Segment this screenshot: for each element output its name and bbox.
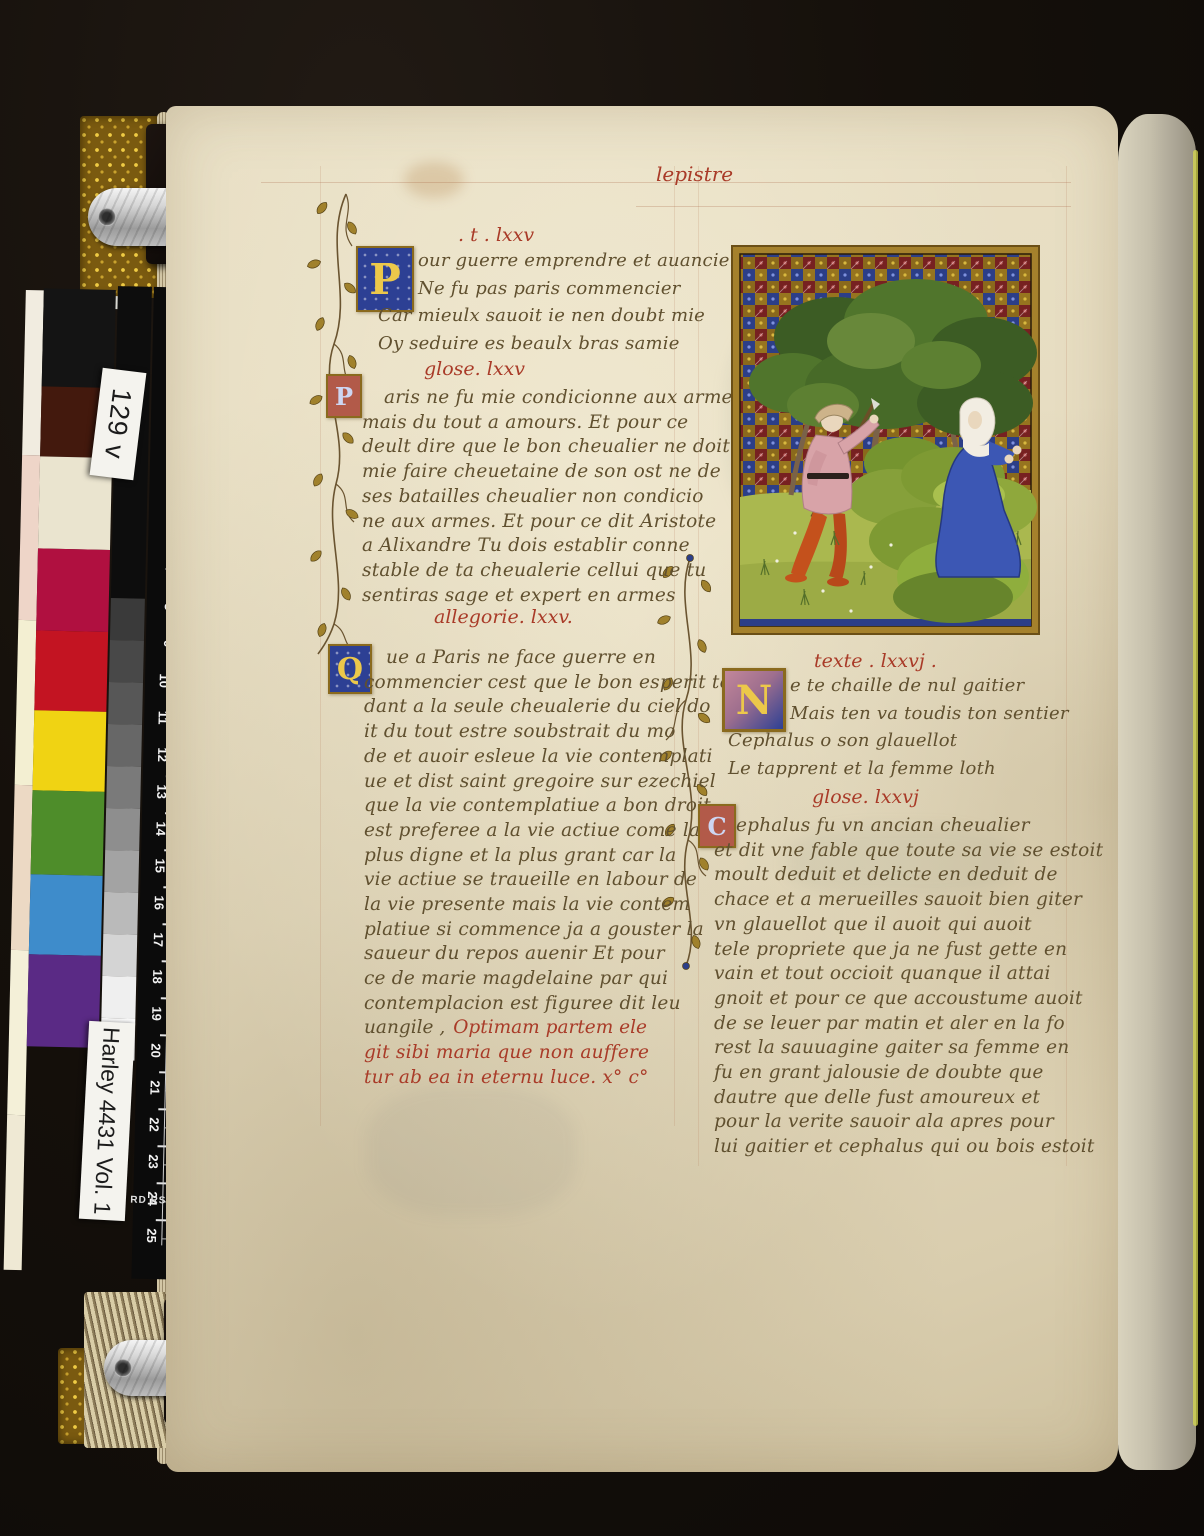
gray-step xyxy=(110,598,145,641)
text-line: que la vie contemplatiue a bon droit xyxy=(364,794,743,819)
text-line: tur ab ea in eternu luce. x° c° xyxy=(364,1066,649,1091)
text-line: platiue si commence ja a gouster la xyxy=(364,918,743,943)
rubric-glose-76: glose. lxxvj xyxy=(812,786,919,808)
rubric-glose-75: glose. lxxv xyxy=(424,358,525,380)
text-line: la vie presente mais la vie contem xyxy=(364,893,743,918)
facing-page-curve xyxy=(1118,114,1196,1470)
ruler-number: 20 xyxy=(148,1043,163,1058)
text-line: ne aux armes. Et pour ce dit Aristote xyxy=(362,510,742,535)
mixed-black-segment: uangile , xyxy=(364,1017,445,1038)
text-line: plus digne et la plus grant car la xyxy=(364,844,743,869)
text-line: deult dire que le bon cheualier ne doit xyxy=(362,435,742,460)
ruler-number: 16 xyxy=(151,895,166,910)
gray-step xyxy=(106,766,141,809)
ruler-number: 25 xyxy=(144,1228,159,1243)
rubric-texte-75: . t . lxxv xyxy=(458,224,534,246)
ruler-number: 18 xyxy=(149,969,164,984)
text-line: de et auoir esleue la vie contemplati xyxy=(364,745,743,770)
text-line: moult deduit et delicte en deduit de xyxy=(714,863,1103,888)
text-line: fu en grant jalousie de doubte que xyxy=(714,1061,1103,1086)
color-patch-green xyxy=(31,790,105,876)
text-line: it du tout estre soubstrait du mo xyxy=(364,720,743,745)
text-line: Mais ten va toudis ton sentier xyxy=(790,700,1069,728)
verse-block-indented: our guerre emprendre et auancierNe fu pa… xyxy=(418,247,738,302)
text-line: a Alixandre Tu dois establir conne xyxy=(362,534,742,559)
text-line: ue a Paris ne face guerre en xyxy=(364,646,743,671)
mixed-red-segment: Optimam partem ele xyxy=(445,1017,647,1038)
color-patch-blue xyxy=(29,874,103,956)
ruler-number: 17 xyxy=(150,932,165,947)
ruled-line xyxy=(636,206,1071,207)
ruler-tick: 25 xyxy=(132,1219,171,1257)
color-patch-yellow xyxy=(33,710,107,792)
ruler-number: 15 xyxy=(152,858,167,873)
text-line: saueur du repos auenir Et pour xyxy=(364,942,743,967)
text-line: lui gaitier et cephalus qui ou bois esto… xyxy=(714,1135,1103,1160)
glose-paragraph: aris ne fu mie condicionne aux armesmais… xyxy=(362,386,742,608)
show-through xyxy=(366,1086,576,1216)
glose-paragraph-2: ephalus fu vn ancian cheualieret dit vne… xyxy=(714,814,1103,1160)
text-line: ue et dist saint gregoire sur ezechiel xyxy=(364,770,743,795)
text-line: tele propriete que ja ne fust gette en xyxy=(714,938,1103,963)
text-line: git sibi maria que non auffere xyxy=(364,1041,649,1066)
gray-step xyxy=(105,808,140,851)
color-patch-pale-yellow xyxy=(7,950,29,1115)
text-line: rest la sauuagine gaiter sa femme en xyxy=(714,1036,1103,1061)
parchment-stain xyxy=(404,162,464,198)
gray-step xyxy=(103,892,138,935)
text-line: mie faire cheuetaine de son ost ne de xyxy=(362,460,742,485)
text-line: sentiras sage et expert en armes xyxy=(362,584,742,609)
text-line: dant a la seule cheualerie du ciel do xyxy=(364,695,743,720)
text-line: de se leuer par matin et aler en la fo xyxy=(714,1012,1103,1037)
text-line: dautre que delle fust amoureux et xyxy=(714,1086,1103,1111)
illuminated-initial-N: N xyxy=(722,668,786,732)
text-line: et dit vne fable que toute sa vie se est… xyxy=(714,839,1103,864)
text-line: contemplacion est figuree dit leu xyxy=(364,992,743,1017)
miniature-cephalus xyxy=(731,245,1040,635)
text-line: pour la verite sauoir ala apres pour xyxy=(714,1110,1103,1135)
ruler-number: 19 xyxy=(149,1006,164,1021)
rubric-allegorie-75: allegorie. lxxv. xyxy=(434,606,573,628)
text-line: Ne fu pas paris commencier xyxy=(418,275,738,303)
text-line: est preferee a la vie actiue come la xyxy=(364,819,743,844)
text-line: ses batailles cheualier non condicio xyxy=(362,485,742,510)
text-line: ce de marie magdelaine par qui xyxy=(364,967,743,992)
verse-block: Cephalus o son glauellotLe tapprent et l… xyxy=(728,727,996,782)
fore-edge-sliver xyxy=(1193,150,1198,1426)
illuminated-initial-P-glose: P xyxy=(326,374,362,418)
text-line: Oy seduire es beaulx bras samie xyxy=(378,330,705,358)
text-line: vn glauellot que il auoit qui auoit xyxy=(714,913,1103,938)
gray-step xyxy=(109,640,144,683)
text-line: vie actiue se traueille en labour de xyxy=(364,868,743,893)
gray-step xyxy=(107,724,142,767)
gray-step xyxy=(104,850,139,893)
text-line: our guerre emprendre et auancier xyxy=(418,247,738,275)
text-line: mais du tout a amours. Et pour ce xyxy=(362,411,742,436)
rubric-texte-76: texte . lxxvj . xyxy=(814,650,937,672)
allegorie-latin-red: git sibi maria que non aufferetur ab ea … xyxy=(364,1041,649,1090)
color-patch-crimson xyxy=(36,548,110,632)
text-line: aris ne fu mie condicionne aux armes xyxy=(362,386,742,411)
manuscript-page: lepistre xyxy=(166,106,1118,1472)
allegorie-paragraph: ue a Paris ne face guerre encommencier c… xyxy=(364,646,743,1017)
text-line: vain et tout occioit quanque il attai xyxy=(714,962,1103,987)
gray-step xyxy=(108,682,143,725)
verse-block-indented: e te chaille de nul gaitierMais ten va t… xyxy=(790,672,1069,727)
running-title: lepistre xyxy=(656,162,733,186)
gray-step xyxy=(101,976,136,1019)
text-line: Le tapprent et la femme loth xyxy=(728,755,996,783)
gray-step xyxy=(102,934,137,977)
text-line: Cephalus o son glauellot xyxy=(728,727,996,755)
ruler-number: 21 xyxy=(147,1080,162,1095)
color-patch-pale-ivory xyxy=(4,1115,26,1270)
text-line: chace et a merueilles sauoit bien giter xyxy=(714,888,1103,913)
text-line: e te chaille de nul gaitier xyxy=(790,672,1069,700)
ruler-number: 23 xyxy=(145,1154,160,1169)
verse-block: Car mieulx sauoit ie nen doubt mieOy sed… xyxy=(378,302,705,357)
text-line: stable de ta cheualerie cellui que tu xyxy=(362,559,742,584)
allegorie-mixed-line: uangile ,Optimam partem ele xyxy=(364,1016,647,1041)
text-line: gnoit et pour ce que accoustume auoit xyxy=(714,987,1103,1012)
text-line: ephalus fu vn ancian cheualier xyxy=(714,814,1103,839)
text-line: commencier cest que le bon esperit ten xyxy=(364,671,743,696)
ruler-number: 22 xyxy=(146,1117,161,1132)
color-patch-red xyxy=(34,630,108,712)
text-line: Car mieulx sauoit ie nen doubt mie xyxy=(378,302,705,330)
